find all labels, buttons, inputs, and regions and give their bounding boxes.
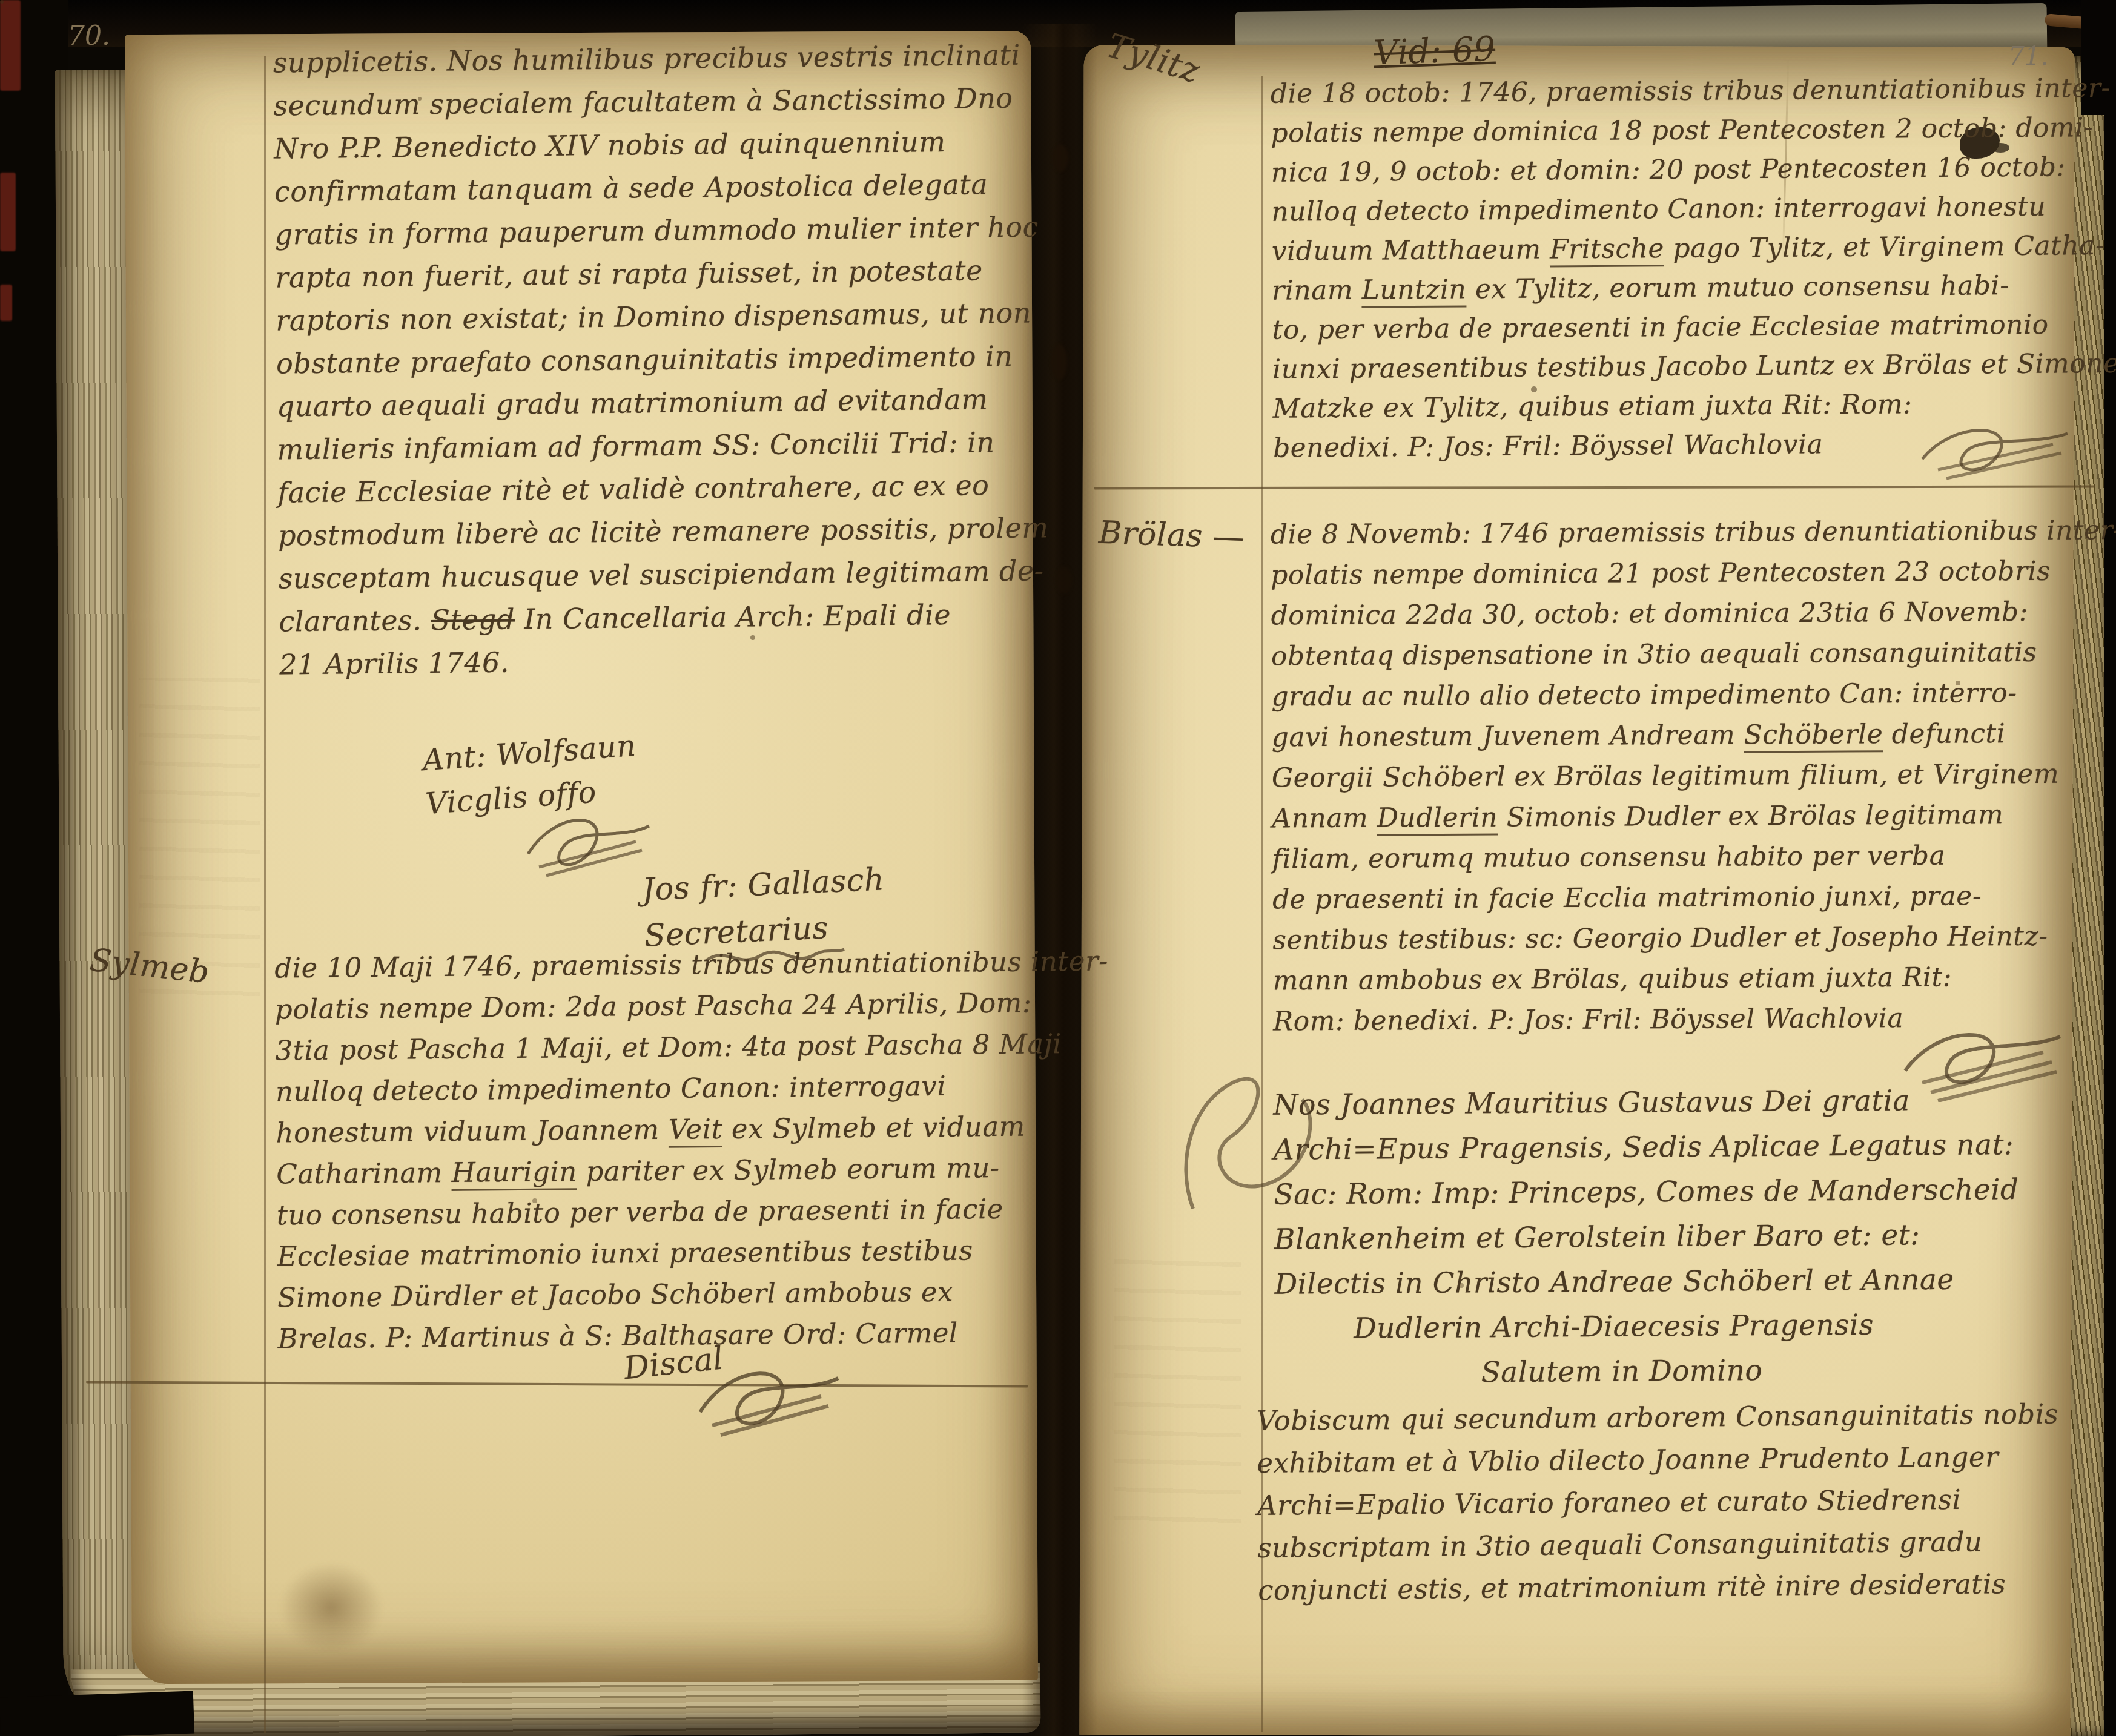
manuscript-line: obtentaq dispensatione in 3tio aequali c… <box>1271 632 2080 677</box>
manuscript-line: Georgii Schöberl ex Brölas legitimum fil… <box>1272 754 2081 799</box>
manuscript-line: Dilectis in Christo Andreae Schöberl et … <box>1274 1256 2086 1307</box>
manuscript-line: de praesenti in facie Ecclia matrimonio … <box>1272 876 2081 920</box>
ink-bleedthrough <box>1114 1241 1241 1544</box>
manuscript-line: Ecclesiae matrimonio iunxi praesentibus … <box>277 1230 1038 1278</box>
manuscript-line: die 18 octob: 1746, praemissis tribus de… <box>1271 68 2078 113</box>
page-number-71: 71. <box>2008 41 2049 71</box>
dispensation-letter-body: Vobiscum qui secundum arborem Consanguin… <box>1256 1393 2088 1612</box>
crossed-out-reference-note: Vid: 69 <box>1373 30 1496 73</box>
manuscript-line: 21 Aprilis 1746. <box>279 635 1040 686</box>
manuscript-line: obstante praefato consanguinitatis imped… <box>276 334 1037 385</box>
manuscript-line: gradu ac nullo alio detecto impedimento … <box>1271 673 2080 718</box>
manuscript-line: nulloq detecto impedimento Canon: interr… <box>1271 186 2079 231</box>
manuscript-line: clarantes. Stegd In Cancellaria Arch: Ep… <box>279 592 1040 643</box>
spine-red-mark <box>0 285 12 321</box>
binding-stitch <box>1051 344 1067 380</box>
manuscript-line: facie Ecclesiae ritè et validè contraher… <box>277 463 1039 514</box>
manuscript-line: supplicetis. Nos humilibus precibus vest… <box>273 33 1034 84</box>
manuscript-line: Vobiscum qui secundum arborem Consanguin… <box>1256 1393 2086 1442</box>
manuscript-line: rapta non fuerit, aut si rapta fuisset, … <box>275 248 1036 299</box>
manuscript-line: secundum specialem facultatem à Sanctiss… <box>273 76 1034 127</box>
brown-smudge-stain <box>280 1562 383 1653</box>
marriage-entry-broelas-text: die 8 Novemb: 1746 praemissis tribus den… <box>1271 510 2083 1042</box>
margin-place-label-broelas: Brölas — <box>1098 515 1245 556</box>
manuscript-line: Nro P.P. Benedicto XIV nobis ad quinquen… <box>274 119 1035 170</box>
manuscript-line: Catharinam Haurigin pariter ex Sylmeb eo… <box>276 1147 1037 1195</box>
signature-flourish-icon <box>521 804 660 883</box>
manuscript-line: rinam Luntzin ex Tylitz, eorum mutuo con… <box>1272 265 2080 310</box>
manuscript-line: dominica 22da 30, octob: et dominica 23t… <box>1271 592 2080 636</box>
manuscript-line: Dudlerin Archi-Diaecesis Pragensis <box>1354 1301 2086 1351</box>
manuscript-line: die 10 Maji 1746, praemissis tribus denu… <box>274 942 1036 989</box>
signature-flourish-icon <box>703 942 848 972</box>
manuscript-line: confirmatam tanquam à sede Apostolica de… <box>274 162 1036 213</box>
manuscript-line: polatis nempe dominica 21 post Pentecost… <box>1271 551 2080 596</box>
left-page-margin-rule <box>264 56 266 1733</box>
spine-red-mark <box>0 0 21 91</box>
page-number-70: 70. <box>68 21 110 51</box>
manuscript-line: honestum viduum Joannem Veit ex Sylmeb e… <box>276 1106 1037 1154</box>
photo-corner-shadow <box>0 1691 194 1736</box>
manuscript-line: sentibus testibus: sc: Georgio Dudler et… <box>1272 916 2081 960</box>
manuscript-line: polatis nempe dominica 18 post Pentecost… <box>1271 108 2078 153</box>
dispensation-letter-address: Nos Joannes Mauritius Gustavus Dei grati… <box>1273 1077 2087 1396</box>
signature-flourish-icon <box>1914 417 2077 483</box>
manuscript-line: 3tia post Pascha 1 Maji, et Dom: 4ta pos… <box>275 1024 1036 1072</box>
manuscript-line: die 8 Novemb: 1746 praemissis tribus den… <box>1271 510 2080 555</box>
manuscript-line: Sac: Rom: Imp: Princeps, Comes de Mander… <box>1274 1167 2085 1217</box>
manuscript-line: iunxi praesentibus testibus Jacobo Luntz… <box>1272 344 2080 389</box>
signature-flourish-icon <box>1896 1017 2071 1102</box>
manuscript-line: to, per verba de praesenti in facie Eccl… <box>1272 305 2080 349</box>
manuscript-line: quarto aequali gradu matrimonium ad evit… <box>276 377 1037 428</box>
dispensation-entry-text: supplicetis. Nos humilibus precibus vest… <box>273 33 1040 686</box>
manuscript-line: nulloq detecto impedimento Canon: interr… <box>276 1065 1037 1113</box>
manuscript-line: conjuncti estis, et matrimonium ritè ini… <box>1258 1562 2088 1612</box>
manuscript-line: tuo consensu habito per verba de praesen… <box>277 1189 1038 1236</box>
binding-stitch <box>1053 144 1068 172</box>
manuscript-line: viduum Matthaeum Fritsche pago Tylitz, e… <box>1272 226 2080 271</box>
manuscript-line: mann ambobus ex Brölas, quibus etiam jux… <box>1273 956 2082 1001</box>
manuscript-line: exhibitam et à Vblio dilecto Joanne Prud… <box>1257 1435 2087 1485</box>
photo-right-background <box>2104 0 2116 1736</box>
marriage-entry-sylmeb-text: die 10 Maji 1746, praemissis tribus denu… <box>274 942 1039 1360</box>
manuscript-line: postmodum liberè ac licitè remanere poss… <box>278 506 1039 557</box>
manuscript-line: Salutem in Domino <box>1481 1346 2086 1395</box>
initial-letter-flourish-icon <box>1169 1063 1351 1227</box>
manuscript-line: mulieris infamiam ad formam SS: Concilii… <box>277 420 1038 471</box>
paper-specks <box>0 0 4 4</box>
manuscript-line: Blankenheim et Gerolstein liber Baro et:… <box>1274 1212 2086 1262</box>
manuscript-line: raptoris non existat; in Domino dispensa… <box>276 291 1037 342</box>
manuscript-line: Archi=Epus Pragensis, Sedis Aplicae Lega… <box>1274 1122 2085 1172</box>
binding-stitch <box>1056 566 1072 594</box>
manuscript-line: nica 19, 9 octob: et domin: 20 post Pent… <box>1271 147 2079 192</box>
manuscript-line: gavi honestum Juvenem Andream Schöberle … <box>1271 713 2080 758</box>
manuscript-line: polatis nempe Dom: 2da post Pascha 24 Ap… <box>275 983 1036 1031</box>
manuscript-line: subscriptam in 3tio aequali Consanguinit… <box>1257 1520 2088 1569</box>
signature-flourish-icon <box>690 1354 848 1445</box>
marriage-entry-tylitz-text: die 18 octob: 1746, praemissis tribus de… <box>1271 68 2081 467</box>
manuscript-line: Archi=Epalio Vicario foraneo et curato S… <box>1257 1477 2088 1527</box>
manuscript-line: Simone Dürdler et Jacobo Schöberl ambobu… <box>277 1271 1039 1319</box>
spine-red-mark <box>0 173 16 251</box>
manuscript-line: susceptam hucusque vel suscipiendam legi… <box>278 549 1039 600</box>
manuscript-line: gratis in forma pauperum dummodo mulier … <box>274 205 1036 256</box>
manuscript-line: Annam Dudlerin Simonis Dudler ex Brölas … <box>1272 794 2081 839</box>
manuscript-register-photo: 70. 71. Vid: 69 supplicetis. Nos humilib… <box>0 0 2116 1736</box>
manuscript-line: filiam, eorumq mutuo consensu habito per… <box>1272 835 2081 880</box>
